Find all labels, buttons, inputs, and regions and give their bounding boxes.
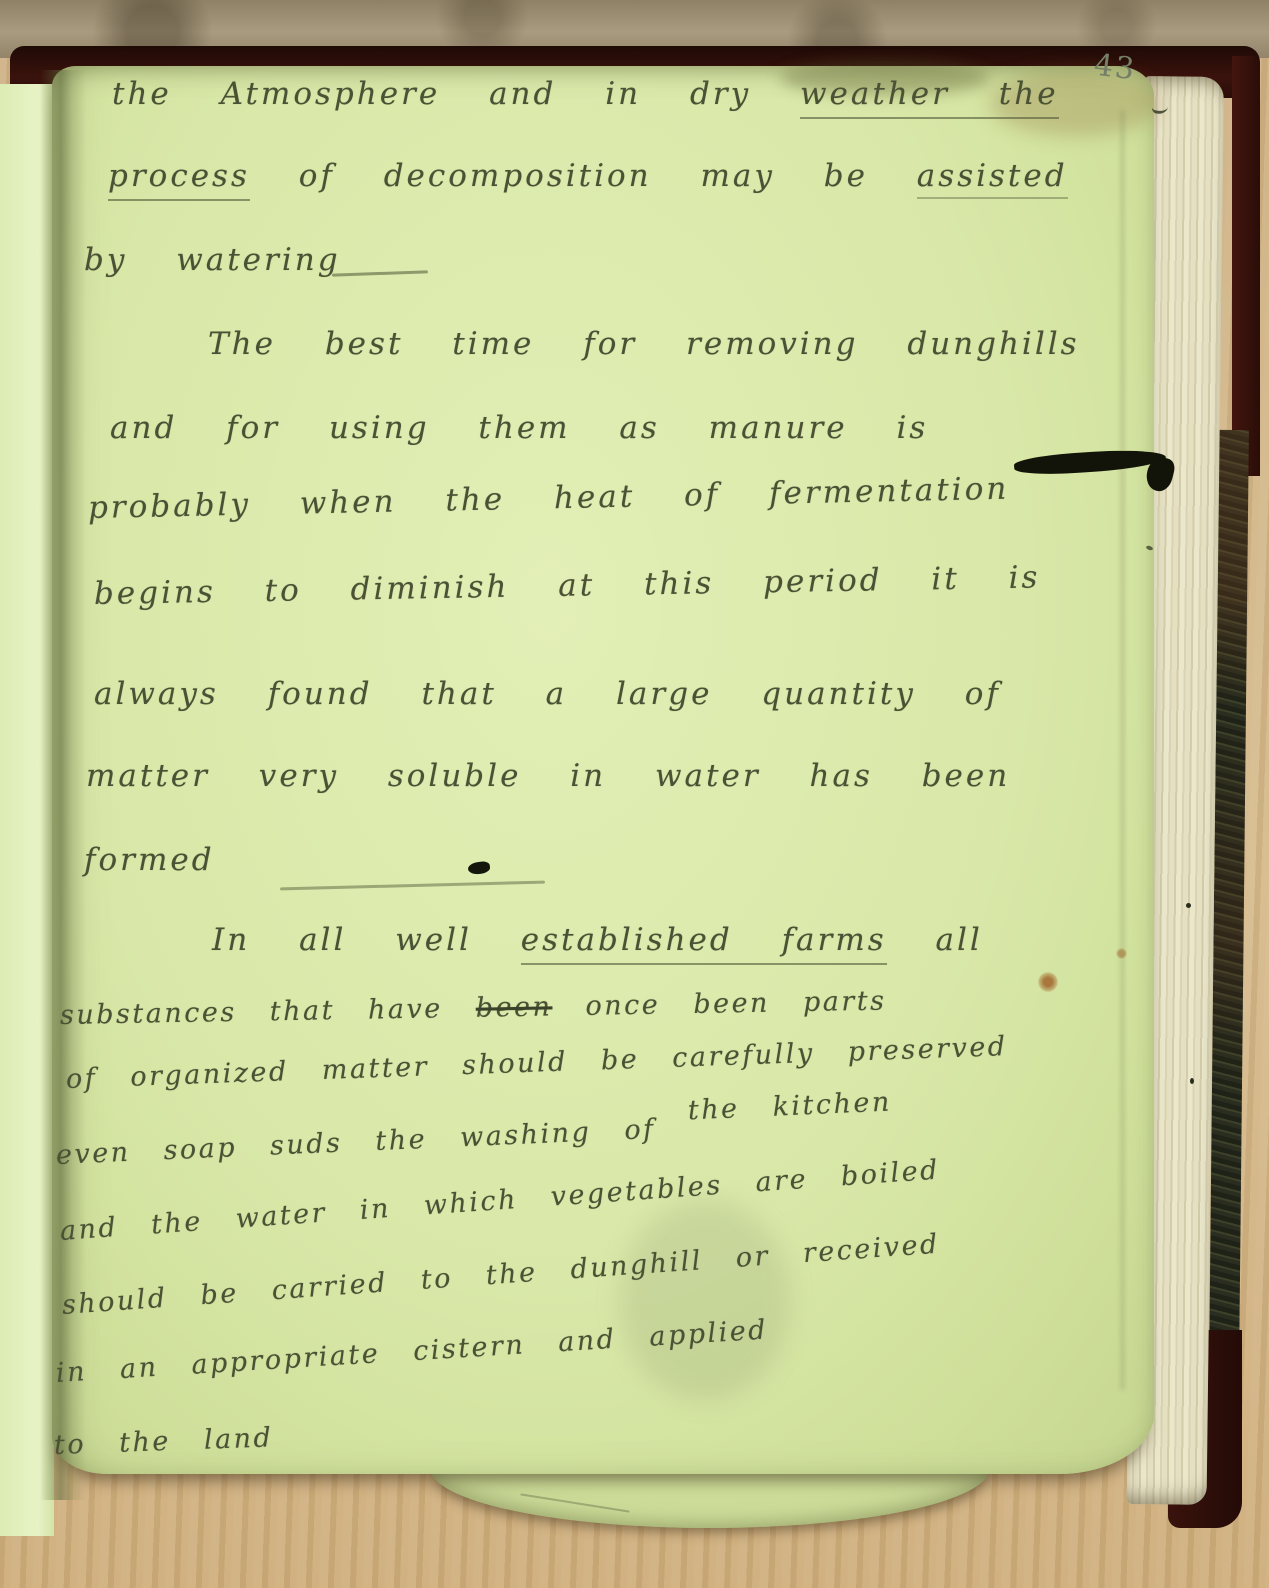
ink-speck (1186, 903, 1191, 908)
underlined-text: weather the (800, 76, 1059, 119)
line-text: once been parts (552, 986, 887, 1023)
ink-speck (1190, 1078, 1194, 1084)
photo-of-manuscript: { "page": { "page_number": "43", "lines"… (0, 0, 1269, 1588)
line-text: matter very soluble in water has been (86, 758, 1010, 794)
line-text: always found that a large quantity of (94, 676, 1001, 712)
manuscript-line-10: formed (84, 842, 215, 878)
manuscript-line-1: the Atmosphere and in dry weather the (112, 76, 1059, 112)
manuscript-line-5: and for using them as manure is (110, 410, 928, 446)
manuscript-line-3: by watering (84, 242, 341, 278)
line-text: by watering (84, 242, 341, 278)
gutter-shadow (40, 70, 86, 1500)
line-text: In all well (212, 922, 521, 958)
paper-crease (1120, 110, 1125, 1390)
line-text: the Atmosphere and in dry (112, 76, 800, 112)
manuscript-line-8: always found that a large quantity of (94, 676, 1001, 712)
line-text: formed (84, 842, 215, 878)
underlined-text: established farms (521, 922, 887, 965)
manuscript-line-4: The best time for removing dunghills (208, 326, 1080, 362)
page-number: 43 (1092, 48, 1138, 88)
line-text: and for using them as manure is (110, 410, 928, 446)
manuscript-line-11: In all well established farms all (212, 922, 983, 958)
bleed-through-smudge (620, 1200, 790, 1400)
line-text: The best time for removing dunghills (208, 326, 1080, 362)
manuscript-line-2: process of decomposition may be assisted (108, 158, 1068, 194)
manuscript-line-9: matter very soluble in water has been (86, 758, 1010, 794)
underlined-text: process (108, 158, 250, 201)
underlined-text: assisted (917, 158, 1068, 199)
line-text: of decomposition may be (250, 158, 917, 194)
foxing-spot (1038, 972, 1058, 992)
struck-through-text: been (476, 991, 553, 1023)
line-text: all (887, 922, 983, 958)
book-leather-right-edge (1232, 56, 1260, 476)
foxing-spot (1116, 948, 1127, 959)
